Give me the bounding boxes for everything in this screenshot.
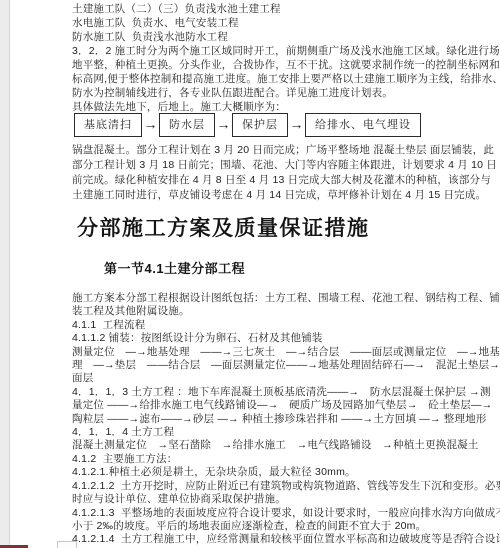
section-title: 第一节4.1土建分部工程	[104, 258, 245, 277]
text-line: 前完成。绿化种植安排在 4 月 8 日至 4 月 13 日完成大部大树及花灌木的…	[72, 173, 496, 188]
flow-step-box: 基底清扫	[74, 113, 142, 137]
text-line: 4．1．1．3 土方工程 ：地下车库混凝土顶板基底清洗——→ 防水层混凝土保护层…	[72, 386, 496, 399]
text-line: 4.1.2.1.4 土方工程施工中，应经常测量和较核平面位置水平标高和边破坡度等…	[72, 533, 496, 546]
flow-arrow-icon: →	[215, 116, 232, 132]
body-paragraphs: 施工方案本分部工程根据设计图纸包括：土方工程、围墙工程、花池工程、钢结构工程、铺…	[72, 292, 496, 547]
text-line: 3．2．2 施工时分为两个施工区域同时开工，前期侧重广场及浅水池施工区域。绿化进…	[72, 44, 496, 58]
schedule-paragraph: 锅盘混凝土。部分工程计划在 3 月 20 日而完成；广场平整场地 混凝土垫层 面…	[72, 143, 496, 203]
construction-sequence-flowchart: 基底清扫 → 防水层 → 保护层 → 给排水、电气埋设 →	[74, 113, 494, 137]
text-line: 4.1.2 主要施工方法：	[72, 453, 496, 466]
text-line: 地平整，种植土更换。分头作业，合拨协作，互不干扰。这就要求制作统一的控制坐标网和	[72, 58, 496, 72]
text-line: 4.1.2.1.3 平整场地的表面坡度应符合设计要求，如设计要求时，一般应向排水…	[72, 507, 496, 520]
text-line: 陶粒层 ——→滤布——→砂层 —→ 种植土掺珍珠岩拌和 ——→土方回填 —→ 整…	[72, 413, 496, 426]
text-line: 理 —→垫层 ——结合层 —面层测量定位——→地基处理固结碎石—→ 混泥土垫层→	[72, 359, 496, 372]
text-line: 4.1.2.1.种植土必须是耕土，无杂块杂质，最大粒径 30mm。	[72, 466, 496, 479]
text-line: 4.1.1.2 铺装：按图纸设计分为卵石、石材及其他铺装	[72, 332, 496, 345]
flow-step-box: 保护层	[232, 113, 288, 137]
text-line: 具体做法先地下，后地上。施工大概顺序为：	[72, 100, 496, 114]
flow-step: 基底清扫 →	[74, 113, 159, 137]
page-number: 6	[459, 531, 465, 543]
text-line: 水电施工队 负责水、电气安装工程	[72, 16, 496, 30]
text-line: 施工方案本分部工程根据设计图纸包括：土方工程、围墙工程、花池工程、钢结构工程、铺	[72, 292, 496, 305]
flow-step-box: 防水层	[159, 113, 215, 137]
text-line: 部分工程计划 3 月 18 日前完；围墙、花池、大门等内容随主体跟进，计划要求 …	[72, 158, 496, 173]
text-line: 测量定位 —→地基处理 ——→三七灰土 —→结合层 ——面层或测量定位 —→地基…	[72, 346, 496, 359]
flow-step-box: 给排水、电气埋设	[305, 113, 421, 137]
text-line: 4.1.2.1.2 土方开挖时，应防止附近已有建筑物或构筑物道路、管线等发生下沉…	[72, 480, 496, 493]
text-line: 混凝土测量定位 →坚石凿除 →给排水施工 →电气线路铺设 →种植土更换混凝土	[72, 439, 496, 452]
cut-off-box-artifact	[57, 541, 77, 548]
text-line: 面层	[72, 372, 496, 385]
page-left-gutter	[0, 0, 10, 548]
text-line: 土建施工队（二）（三）负责浅水池土建工程	[72, 2, 496, 16]
flow-step: 防水层 →	[159, 113, 232, 137]
text-line: 锅盘混凝土。部分工程计划在 3 月 20 日而完成；广场平整场地 混凝土垫层 面…	[72, 143, 496, 158]
document-page: 土建施工队（二）（三）负责浅水池土建工程水电施工队 负责水、电气安装工程防水施工…	[0, 0, 500, 548]
intro-paragraph: 土建施工队（二）（三）负责浅水池土建工程水电施工队 负责水、电气安装工程防水施工…	[72, 2, 496, 114]
text-line: 4．1．1．4 土方工程	[72, 426, 496, 439]
flow-arrow-icon: →	[288, 116, 305, 132]
flow-step: 给排水、电气埋设 →	[305, 113, 421, 137]
main-title: 分部施工方案及质量保证措施	[77, 212, 370, 242]
text-line: 4.1.1 工程流程	[72, 319, 496, 332]
text-line: 防水为控制辅线进行，各专业队伍跟进配合。详见施工进度计划表。	[72, 86, 496, 100]
flow-arrow-icon: →	[142, 116, 159, 132]
flow-step: 保护层 →	[232, 113, 305, 137]
text-line: 小于 2‰的坡度。平后的场地表面应逐渐检查，检查的间距不宜大于 20m。	[72, 520, 496, 533]
text-line: 时应与设计单位、建单位协商采取保护措施。	[72, 493, 496, 506]
text-line: 量定位 ——→给排水施工电气线路铺设—→ 硬质广场及园路加气垫层→ 砼土垫层—→	[72, 399, 496, 412]
text-line: 土建施工同时进行，草皮铺设考虑在 4 月 14 日完成，草坪修补计划在 4 月 …	[72, 188, 496, 203]
text-line: 装工程及其他附属设施。	[72, 305, 496, 318]
text-line: 防水施工队 负责浅水池防水工程	[72, 30, 496, 44]
text-line: 标高网,便于整体控制和提高施工进度。施工安排上要严格以土建施工顺序为主线，给排水…	[72, 72, 496, 86]
